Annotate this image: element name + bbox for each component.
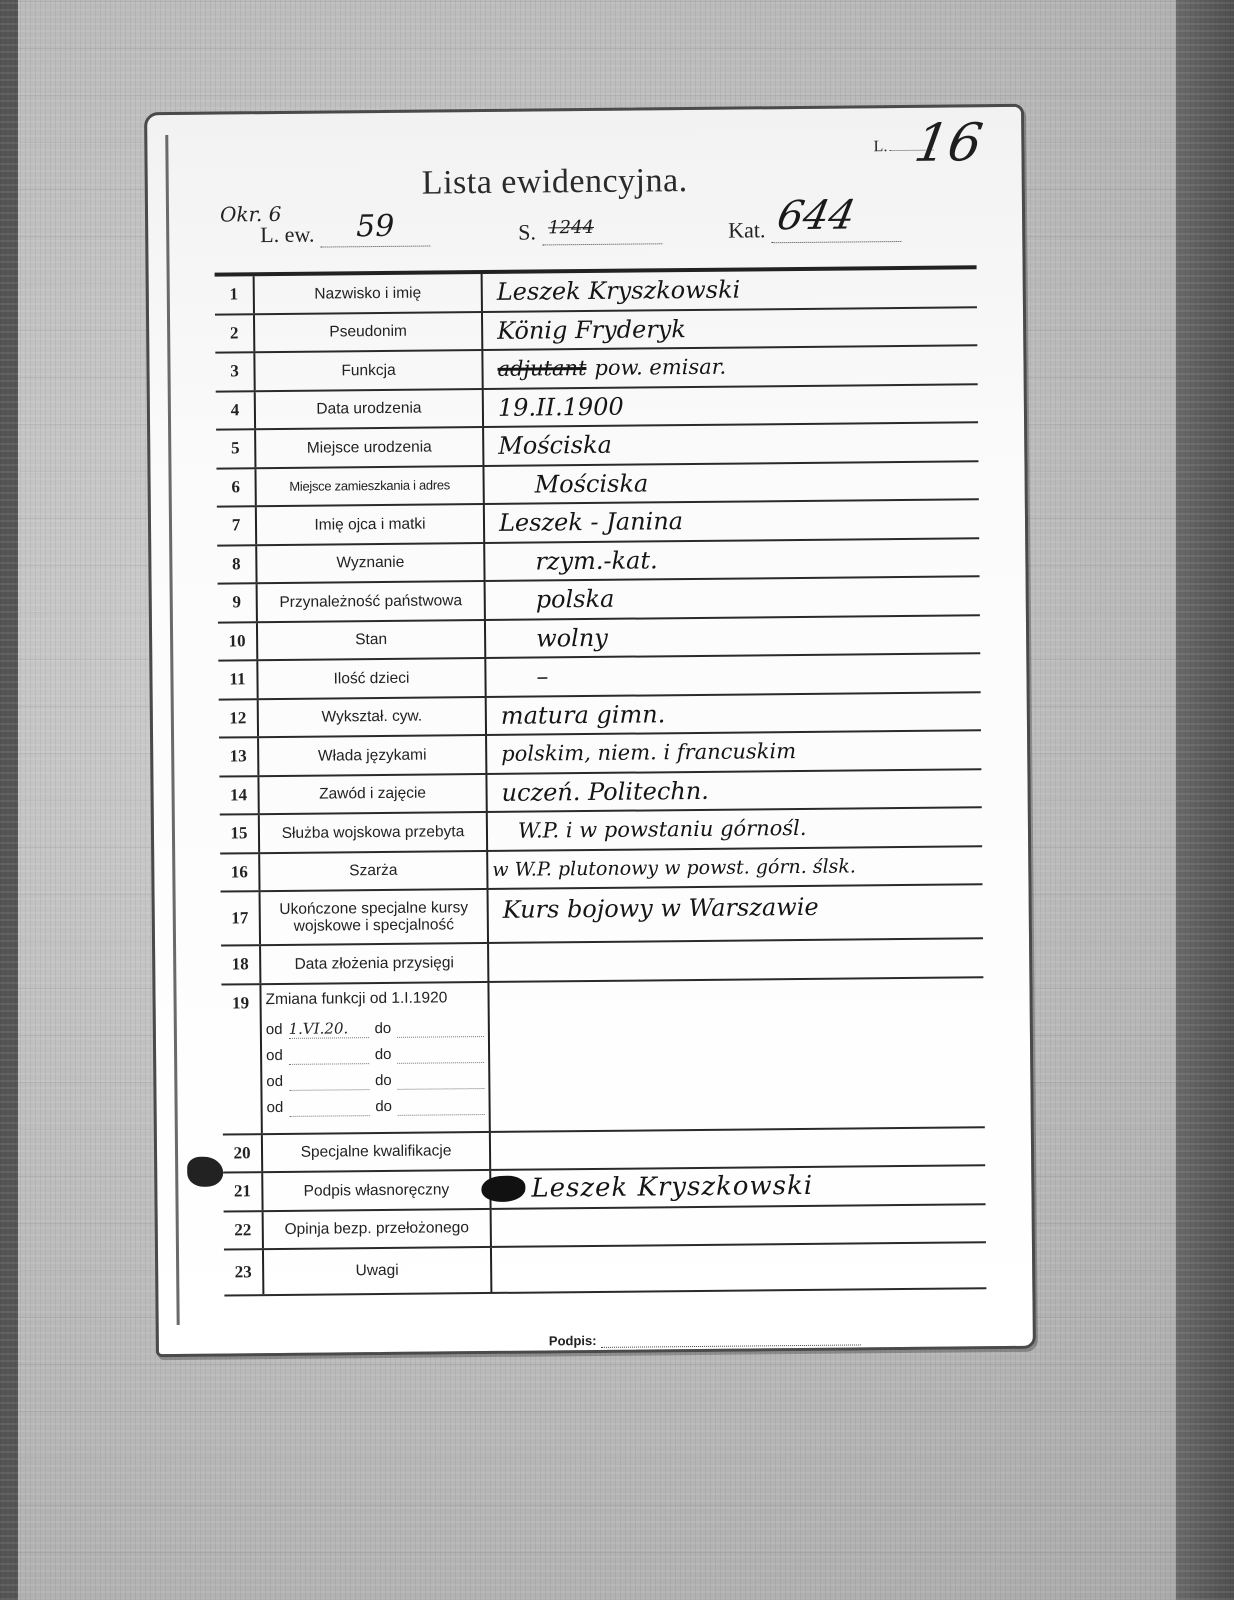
- row-label: Przynależność państwowa: [258, 582, 486, 621]
- row-number: 22: [224, 1212, 264, 1249]
- row-label: Podpis własnoręczny: [263, 1171, 491, 1210]
- function-change-heading: Zmiana funkcji od 1.I.1920: [265, 989, 447, 1008]
- row-label: Ukończone specjalne kursy wojskowe i spe…: [261, 890, 489, 944]
- s-field: S. 1244: [518, 218, 662, 245]
- row-label: Zmiana funkcji od 1.I.1920 od 1.VI.20. d…: [261, 982, 490, 1132]
- period-line: od do: [266, 1037, 484, 1065]
- row-number: 23: [224, 1250, 264, 1294]
- row-label: Specjalne kwalifikacje: [263, 1132, 491, 1171]
- row-number: 1: [215, 276, 255, 313]
- row-number: 18: [221, 946, 261, 983]
- row-label: Miejsce zamieszkania i adres: [256, 467, 484, 506]
- registration-form-sheet: L. 16 Lista ewidencyjna. Okr. 6 L. ew. 5…: [144, 104, 1036, 1357]
- od-value: 1.VI.20.: [288, 1020, 348, 1037]
- row-number: 7: [217, 507, 257, 544]
- row-value: [489, 939, 983, 980]
- form-title: Lista ewidencyjna.: [118, 159, 992, 205]
- period-line: od do: [266, 1089, 484, 1117]
- od-label: od: [267, 1100, 284, 1117]
- l-ew-value: 59: [356, 209, 395, 244]
- row-number: 19: [221, 985, 262, 1133]
- row-label: Nazwisko i imię: [255, 274, 483, 313]
- handwritten-signature: Leszek Kryszkowski: [491, 1166, 985, 1207]
- l-ew-label: L. ew.: [260, 222, 314, 249]
- do-value: [397, 1047, 484, 1064]
- row-number: 17: [221, 892, 261, 944]
- row-number: 10: [218, 623, 258, 660]
- kat-value: 644: [773, 192, 859, 239]
- row-label: Włada językami: [259, 736, 487, 775]
- row-number: 8: [217, 546, 257, 583]
- kat-label: Kat.: [728, 217, 766, 243]
- scan-border-right: [1176, 0, 1234, 1600]
- do-label: do: [375, 1047, 392, 1064]
- table-row-function-changes: 19 Zmiana funkcji od 1.I.1920 od 1.VI.20…: [221, 978, 984, 1135]
- corner-number-label: L.: [874, 138, 888, 155]
- row-label: Opinja bezp. przełożonego: [264, 1209, 492, 1248]
- row-number: 3: [215, 353, 255, 390]
- row-label: Wyznanie: [257, 543, 485, 582]
- row-number: 4: [216, 392, 256, 429]
- row-value: 19.II.1900: [484, 385, 978, 426]
- row-label: Funkcja: [255, 351, 483, 390]
- od-label: od: [266, 1022, 283, 1039]
- row-number: 12: [219, 700, 259, 737]
- row-number: 5: [216, 430, 256, 467]
- footer-signature-label: Podpis:: [549, 1333, 597, 1348]
- row-value: König Fryderyk: [483, 308, 977, 349]
- row-value: –: [486, 654, 980, 695]
- period-line: od do: [266, 1063, 484, 1091]
- period-line: od 1.VI.20. do: [266, 1011, 484, 1039]
- row-number: 13: [219, 738, 259, 775]
- row-value: adjutant pow. emisar.: [483, 346, 977, 387]
- row-number: 20: [223, 1135, 263, 1172]
- do-value: [398, 1099, 485, 1116]
- table-row: 23 Uwagi: [224, 1243, 986, 1296]
- row-number: 14: [219, 777, 259, 814]
- row-value: matura gimn.: [487, 693, 981, 734]
- row-number: 16: [220, 854, 260, 891]
- row-number: 6: [216, 469, 256, 506]
- row-number: 2: [215, 315, 255, 352]
- row-label: Zawód i zajęcie: [259, 774, 487, 813]
- row-number: 21: [223, 1173, 263, 1210]
- row-label: Służba wojskowa przebyta: [260, 813, 488, 852]
- row-label: Ilość dzieci: [258, 659, 486, 698]
- form-meta-row: L. ew. 59 S. 1244 Kat. 644: [148, 215, 1022, 263]
- row-label: Data urodzenia: [256, 390, 484, 429]
- row-label: Stan: [258, 620, 486, 659]
- od-label: od: [266, 1074, 283, 1091]
- row-number: 15: [220, 815, 260, 852]
- scan-border-left: [0, 0, 18, 1600]
- kat-field: Kat. 644: [728, 216, 902, 244]
- row-label: Uwagi: [264, 1248, 492, 1294]
- row-label: Szarża: [260, 851, 488, 890]
- ink-stain: [187, 1157, 223, 1187]
- row-value: [491, 1128, 985, 1169]
- row-value: rzym.-kat.: [485, 539, 979, 580]
- row-value: W.P. i w powstaniu górnośl.: [488, 808, 982, 849]
- row-value: wolny: [486, 616, 980, 657]
- row-value: Mościska: [484, 462, 978, 503]
- corrected-value: pow. emisar.: [594, 355, 726, 380]
- do-label: do: [374, 1021, 391, 1038]
- sheet-fold-edge: [165, 135, 192, 1325]
- row-value: Leszek Kryszkowski: [483, 269, 977, 310]
- row-value: uczeń. Politechn.: [487, 770, 981, 811]
- do-label: do: [375, 1073, 392, 1090]
- l-ew-field: L. ew. 59: [260, 221, 430, 249]
- od-label: od: [266, 1048, 283, 1065]
- do-value: [397, 1021, 484, 1038]
- struck-value: adjutant: [497, 356, 586, 381]
- s-label: S.: [518, 219, 536, 245]
- row-value: Leszek - Janina: [485, 500, 979, 541]
- row-label: Pseudonim: [255, 313, 483, 352]
- ink-blot: [481, 1176, 525, 1202]
- row-value: [489, 978, 984, 1131]
- table-row: 17 Ukończone specjalne kursy wojskowe i …: [221, 885, 983, 946]
- row-value: [492, 1205, 986, 1246]
- row-label: Wykształ. cyw.: [259, 697, 487, 736]
- signature-text: Leszek Kryszkowski: [531, 1171, 813, 1204]
- row-value: polska: [486, 577, 980, 618]
- row-value: Kurs bojowy w Warszawie: [489, 885, 983, 942]
- row-value: polskim, niem. i francuskim: [487, 731, 981, 772]
- do-value: [398, 1073, 485, 1090]
- do-label: do: [375, 1099, 392, 1116]
- row-label: Miejsce urodzenia: [256, 428, 484, 467]
- row-label: Data złożenia przysięgi: [261, 944, 489, 983]
- footer-signature-field: Podpis:: [549, 1330, 861, 1348]
- row-number: 11: [218, 661, 258, 698]
- row-label: Imię ojca i matki: [257, 505, 485, 544]
- row-value: w W.P. plutonowy w powst. górn. ślsk.: [488, 847, 982, 888]
- form-table: 1 Nazwisko i imię Leszek Kryszkowski 2 P…: [215, 265, 987, 1296]
- row-number: 9: [218, 584, 258, 621]
- row-value: Mościska: [484, 423, 978, 464]
- s-value-struck: 1244: [548, 217, 594, 238]
- row-value: [492, 1243, 986, 1292]
